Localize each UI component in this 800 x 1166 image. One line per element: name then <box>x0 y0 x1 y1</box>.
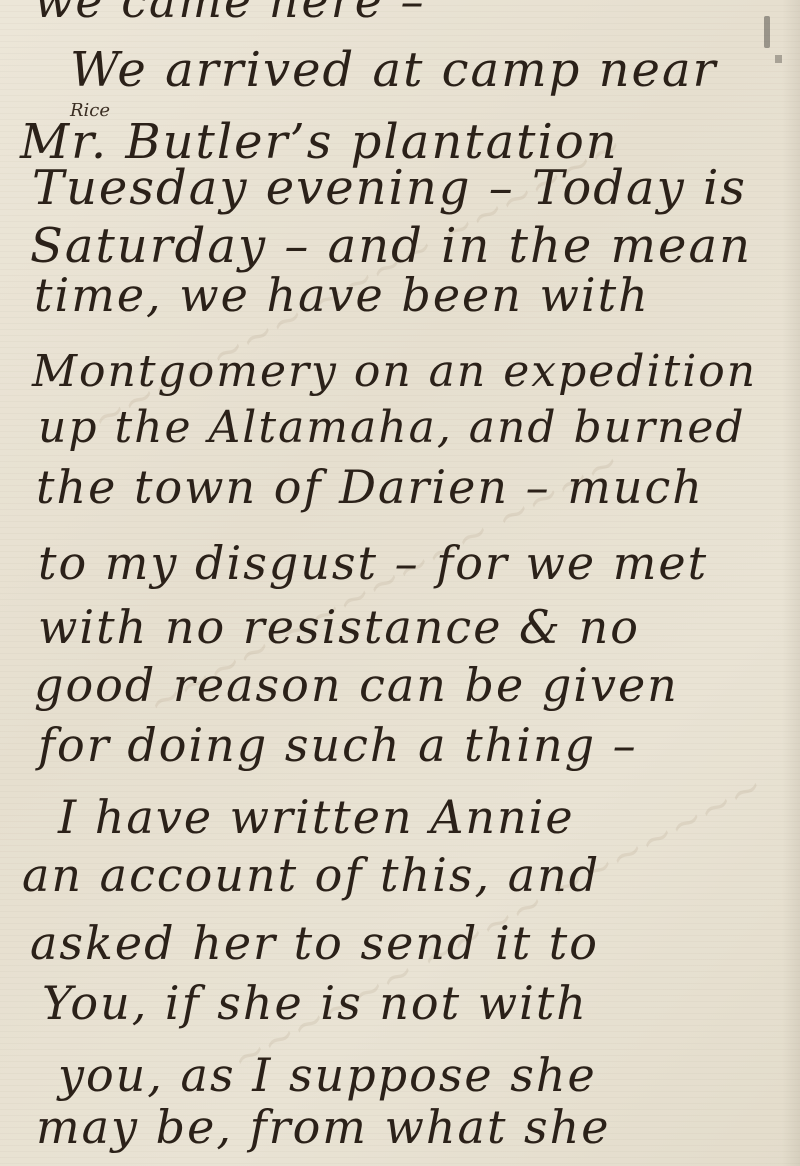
handwritten-line: Tuesday evening – Today is <box>32 164 747 212</box>
handwritten-line: up the Altamaha, and burned <box>38 406 746 450</box>
handwritten-line: time, we have been with <box>34 272 650 318</box>
handwritten-line: Montgomery on an expedition <box>32 350 757 394</box>
handwritten-line: you, as I suppose she <box>58 1052 597 1098</box>
manuscript-page: ~~~~~~~ ~~~~ ~~~~~~ ~~~~ ~~~~~~~ ~~~~ ~~… <box>0 0 800 1166</box>
handwritten-line: Saturday – and in the mean <box>30 222 752 270</box>
handwritten-line: we came here – <box>34 0 426 24</box>
handwritten-line: asked her to send it to <box>30 920 599 966</box>
handwritten-line: We arrived at camp near <box>70 46 718 94</box>
handwritten-line: You, if she is not with <box>42 980 588 1026</box>
handwritten-line: for doing such a thing – <box>38 722 638 768</box>
handwritten-line: to my disgust – for we met <box>38 540 708 586</box>
handwritten-line: the town of Darien – much <box>36 464 704 510</box>
handwritten-line: an account of this, and <box>22 852 600 898</box>
handwritten-line: Mr. Butler’s plantation <box>20 118 619 166</box>
page-edge-mark <box>764 16 770 48</box>
handwritten-line: I have written Annie <box>58 794 575 840</box>
handwritten-line: good reason can be given <box>34 662 679 708</box>
handwritten-line: with no resistance & no <box>38 604 640 650</box>
page-edge-shadow <box>782 0 800 1166</box>
page-edge-mark <box>775 55 782 63</box>
handwritten-line: may be, from what she <box>36 1104 611 1150</box>
